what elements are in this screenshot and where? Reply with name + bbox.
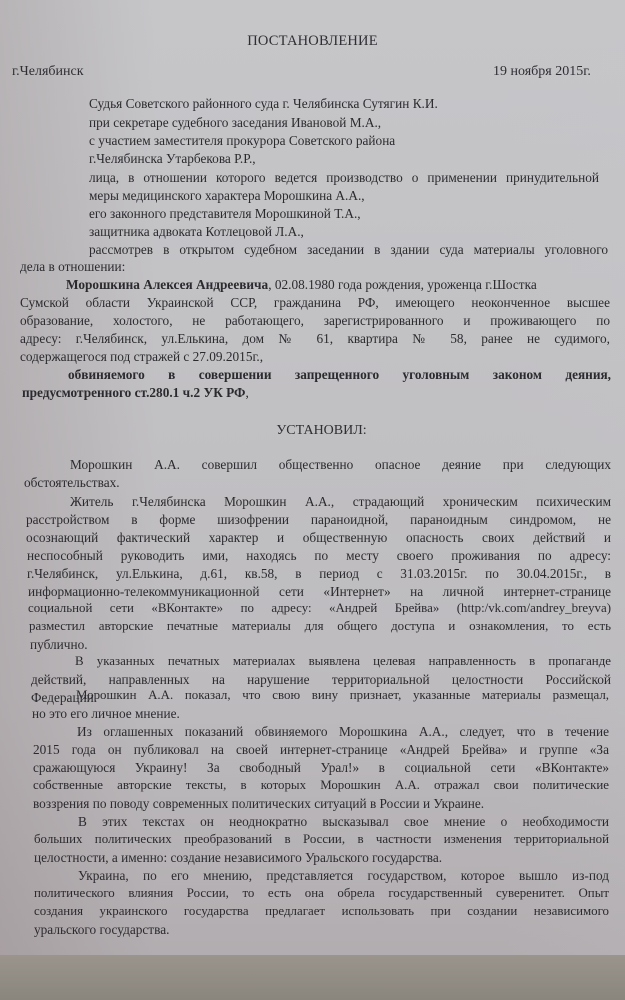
intro-line: его законного представителя Морошкиной Т…	[89, 206, 361, 222]
paragraph-line: г.Челябинск, ул.Елькина, д.61, кв.58, в …	[27, 566, 611, 582]
document-city: г.Челябинск	[12, 64, 84, 80]
paragraph-line: разместил авторские печатные материалы д…	[29, 619, 611, 634]
intro-line: дела в отношении:	[20, 259, 125, 275]
intro-line: меры медицинского характера Морошкина А.…	[89, 188, 365, 204]
paragraph-line: неспособный руководить ими, находясь по …	[27, 548, 611, 564]
charge-line: обвиняемого в совершении запрещенного уг…	[68, 367, 611, 383]
paragraph-line: уральского государства.	[34, 922, 169, 938]
charge-line: предусмотренного ст.280.1 ч.2 УК РФ,	[22, 385, 249, 401]
paragraph-line: расстройством в форме шизофрении паранои…	[26, 512, 611, 528]
paragraph-line: В этих текстах он неоднократно высказыва…	[78, 814, 609, 830]
paragraph-line: Украина, по его мнению, представляется г…	[78, 868, 609, 884]
defendant-line: образование, холостого, не работающего, …	[20, 313, 610, 329]
paragraph-line: В указанных печатных материалах выявлена…	[75, 654, 611, 669]
intro-line: Судья Советского районного суда г. Челяб…	[89, 96, 438, 112]
paragraph-line: 2015 года он публиковал на своей интерне…	[33, 742, 609, 758]
paragraph-line: Житель г.Челябинска Морошкин А.А., страд…	[70, 494, 611, 510]
intro-line: защитника адвоката Котлецовой Л.А.,	[89, 224, 304, 240]
paragraph-line: но это его личное мнение.	[32, 706, 180, 722]
paragraph-line: больших политических преобразований в Ро…	[34, 832, 609, 847]
defendant-line: Сумской области Украинской ССР, граждани…	[20, 295, 610, 311]
defendant-line: адресу: г.Челябинск, ул.Елькина, дом № 6…	[20, 331, 610, 347]
intro-line: с участием заместителя прокурора Советск…	[89, 133, 395, 149]
paragraph-line: обстоятельствах.	[24, 475, 120, 491]
section-heading: УСТАНОВИЛ:	[18, 423, 625, 439]
paragraph-line: информационно-телекоммуникационной сети …	[28, 584, 611, 600]
charge-article: предусмотренного ст.280.1 ч.2 УК РФ	[22, 385, 245, 400]
paragraph-line: действий, направленных на нарушение терр…	[31, 672, 611, 688]
paragraph-line: воззрения по поводу современных политиче…	[33, 796, 484, 812]
paragraph-line: публично.	[30, 637, 88, 653]
paragraph-line: создания украинского государства предлаг…	[34, 904, 609, 919]
intro-line: рассмотрев в открытом судебном заседании…	[89, 242, 608, 258]
paragraph-line: целостности, а именно: создание независи…	[34, 850, 442, 866]
paragraph-line: Морошкин А.А. показал, что свою вину при…	[76, 688, 609, 703]
defendant-name: Морошкина Алексея Андреевича	[66, 277, 268, 292]
paragraph-line: социальной сети «ВКонтакте» по адресу: «…	[28, 601, 611, 616]
defendant-line: Морошкина Алексея Андреевича, 02.08.1980…	[66, 277, 610, 293]
paragraph-line: сражающуюся Украину! За свободный Урал!»…	[33, 760, 609, 776]
paragraph-line: Морошкин А.А. совершил общественно опасн…	[70, 457, 611, 473]
document-title: ПОСТАНОВЛЕНИЕ	[0, 33, 625, 50]
document-date: 19 ноября 2015г.	[493, 64, 591, 80]
paragraph-line: политического влияния России, то есть он…	[34, 886, 609, 901]
paragraph-line: осознающий фактический характер и общест…	[26, 530, 611, 546]
defendant-birth-info: , 02.08.1980 года рождения, уроженца г.Ш…	[268, 277, 537, 292]
paragraph-line: собственные авторские тексты, в которых …	[33, 778, 609, 793]
defendant-line: содержащегося под стражей с 27.09.2015г.…	[20, 349, 263, 365]
desk-surface	[0, 955, 625, 1000]
intro-line: г.Челябинска Утарбекова Р.Р.,	[89, 151, 256, 167]
intro-line: лица, в отношении которого ведется произ…	[89, 170, 599, 186]
intro-line: при секретаре судебного заседания Иванов…	[89, 115, 381, 131]
paragraph-line: Из оглашенных показаний обвиняемого Моро…	[77, 724, 609, 740]
